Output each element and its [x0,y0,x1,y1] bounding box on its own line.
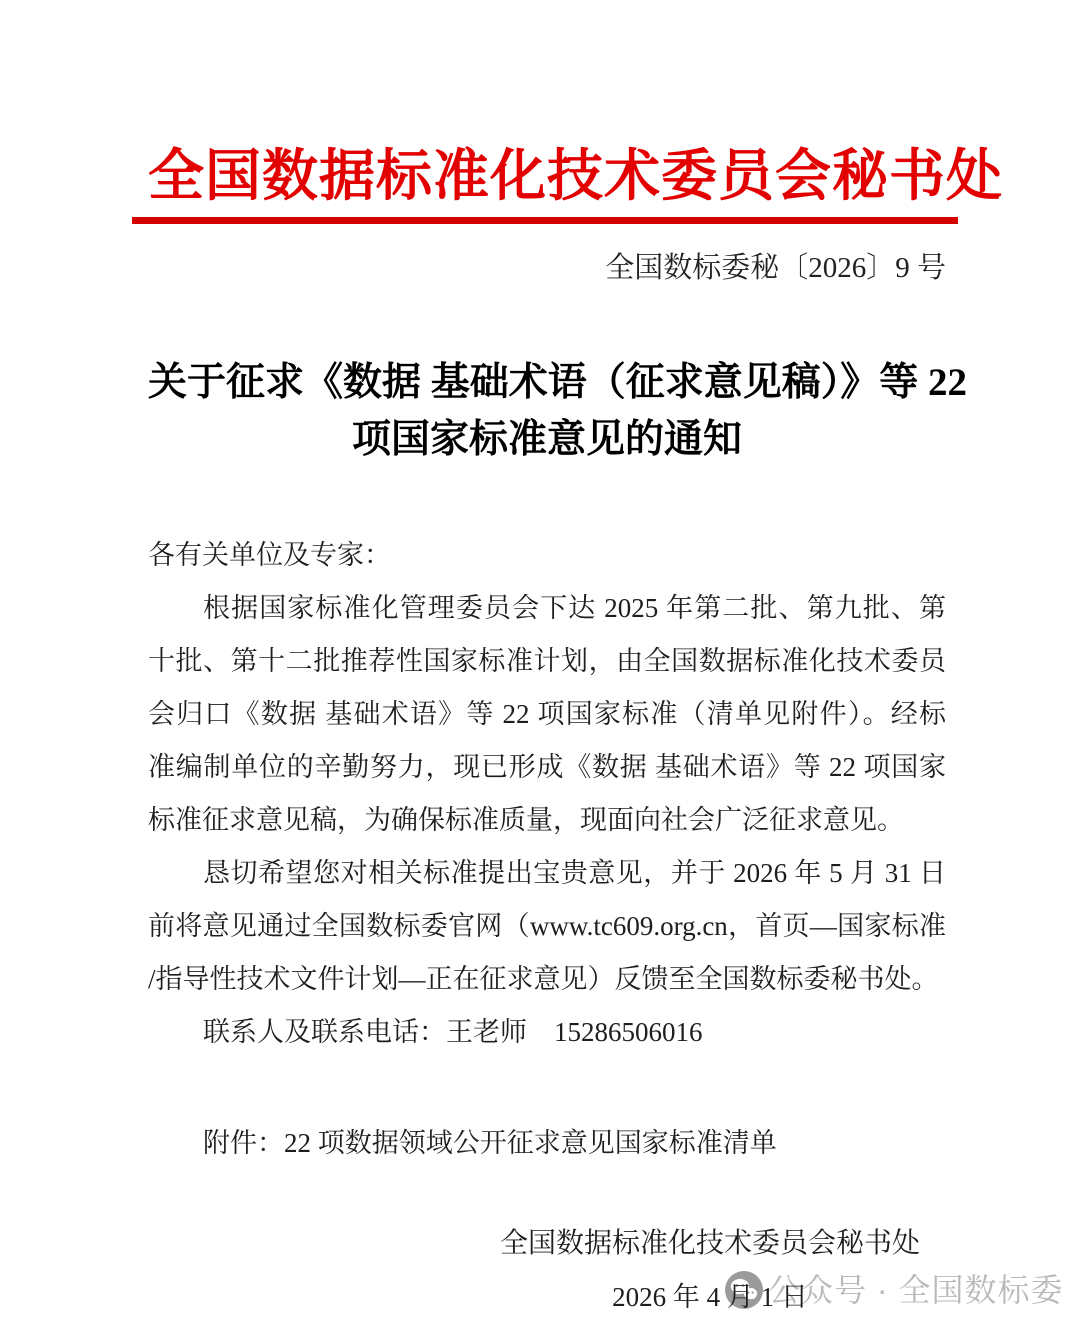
notice-title-line1: 关于征求《数据 基础术语（征求意见稿）》等 22 [148,354,946,411]
body-line: 标准征求意见稿，为确保标准质量，现面向社会广泛征求意见。 [148,794,946,847]
closing-org-name: 全国数据标准化技术委员会秘书处 [500,1226,920,1262]
doc-number: 全国数标委秘〔2026〕9 号 [148,250,946,286]
letterhead-divider [132,217,958,224]
notice-title: 关于征求《数据 基础术语（征求意见稿）》等 22 项国家标准意见的通知 [148,354,946,468]
closing-block: 全国数据标准化技术委员会秘书处 2026 年 4 月 1 日 [500,1226,920,1315]
body-line: 前将意见通过全国数标委官网（www.tc609.org.cn，首页—国家标准 [148,900,946,953]
salutation-line: 各有关单位及专家： [148,529,946,582]
notice-page: 公众号 · 全国数标委 全国数据标准化技术委员会秘书处 全国数标委秘〔2026〕… [0,0,1080,1332]
letterhead-org-name: 全国数据标准化技术委员会秘书处 [148,146,946,208]
closing-date: 2026 年 4 月 1 日 [500,1279,920,1315]
notice-title-line2: 项国家标准意见的通知 [148,411,946,468]
body-line: 根据国家标准化管理委员会下达 2025 年第二批、第九批、第 [148,582,946,635]
body-line: 会归口《数据 基础术语》等 22 项国家标准（清单见附件）。经标 [148,688,946,741]
notice-body: 各有关单位及专家： 根据国家标准化管理委员会下达 2025 年第二批、第九批、第… [148,529,946,1059]
body-line: /指导性技术文件计划—正在征求意见）反馈至全国数标委秘书处。 [148,953,946,1006]
body-line: 十批、第十二批推荐性国家标准计划，由全国数据标准化技术委员 [148,635,946,688]
contact-line: 联系人及联系电话：王老师 15286506016 [148,1006,946,1059]
document-content: 全国数据标准化技术委员会秘书处 全国数标委秘〔2026〕9 号 关于征求《数据 … [148,0,946,1315]
body-line: 准编制单位的辛勤努力，现已形成《数据 基础术语》等 22 项国家 [148,741,946,794]
body-line: 恳切希望您对相关标准提出宝贵意见，并于 2026 年 5 月 31 日 [148,847,946,900]
attachment-line: 附件：22 项数据领域公开征求意见国家标准清单 [148,1117,946,1170]
